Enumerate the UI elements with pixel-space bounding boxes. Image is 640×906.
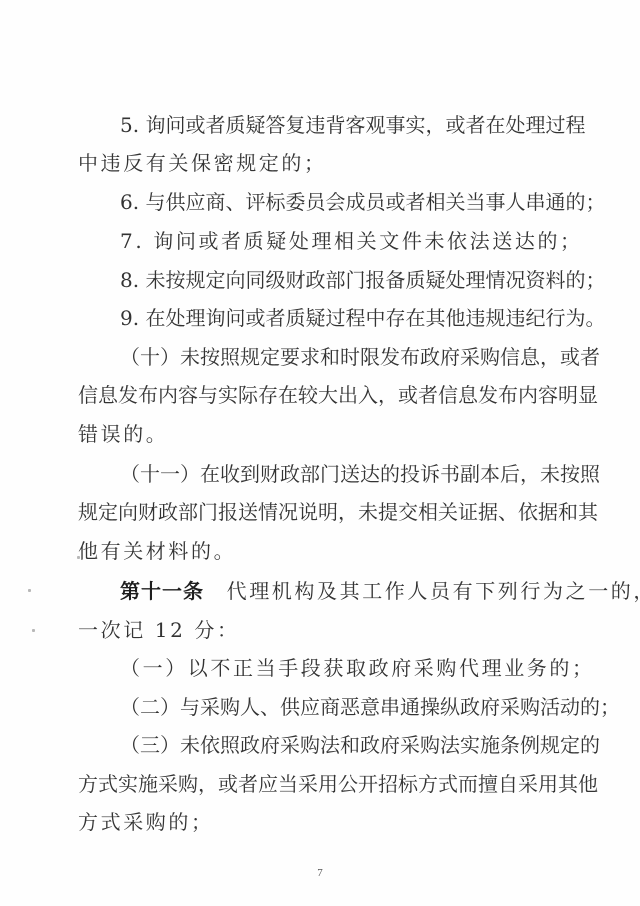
text-line: （二）与采购人、供应商恶意串通操纵政府采购活动的；	[120, 695, 560, 719]
text-line: （十）未按照规定要求和时限发布政府采购信息，或者	[120, 345, 560, 369]
scan-speck	[32, 629, 35, 632]
text-line: 6. 与供应商、评标委员会成员或者相关当事人串通的；	[120, 190, 560, 214]
page-number: 7	[300, 867, 340, 879]
article-heading-line: 第十一条 代理机构及其工作人员有下列行为之一的，	[120, 579, 560, 603]
text-line: （一）以不正当手段获取政府采购代理业务的；	[120, 656, 560, 680]
text-line: 5. 询问或者质疑答复违背客观事实，或者在处理过程	[120, 113, 560, 137]
scan-speck	[28, 589, 31, 592]
text-line: （十一）在收到财政部门送达的投诉书副本后，未按照	[120, 462, 560, 486]
text-line: （三）未依照政府采购法和政府采购法实施条例规定的	[120, 733, 560, 757]
text-line: 错误的。	[78, 422, 558, 446]
text-line: 规定向财政部门报送情况说明，未提交相关证据、依据和其	[78, 500, 558, 524]
text-line: 方式实施采购，或者应当采用公开招标方式而擅自采用其他	[78, 772, 558, 796]
article-text: 代理机构及其工作人员有下列行为之一的，	[204, 579, 640, 603]
text-line: 一次记 12 分：	[78, 618, 558, 642]
text-line: 方式采购的；	[78, 810, 558, 834]
article-number: 第十一条	[120, 579, 204, 603]
text-line: 8. 未按规定向同级财政部门报备质疑处理情况资料的；	[120, 268, 560, 292]
text-line: 中违反有关保密规定的；	[78, 151, 558, 175]
scan-speck	[77, 556, 80, 559]
text-line: 信息发布内容与实际存在较大出入，或者信息发布内容明显	[78, 383, 558, 407]
text-line: 他有关材料的。	[78, 539, 558, 563]
document-page: 5. 询问或者质疑答复违背客观事实，或者在处理过程 中违反有关保密规定的； 6.…	[0, 0, 640, 906]
text-line: 9. 在处理询问或者质疑过程中存在其他违规违纪行为。	[120, 306, 560, 330]
text-line: 7. 询问或者质疑处理相关文件未依法送达的；	[120, 229, 560, 253]
